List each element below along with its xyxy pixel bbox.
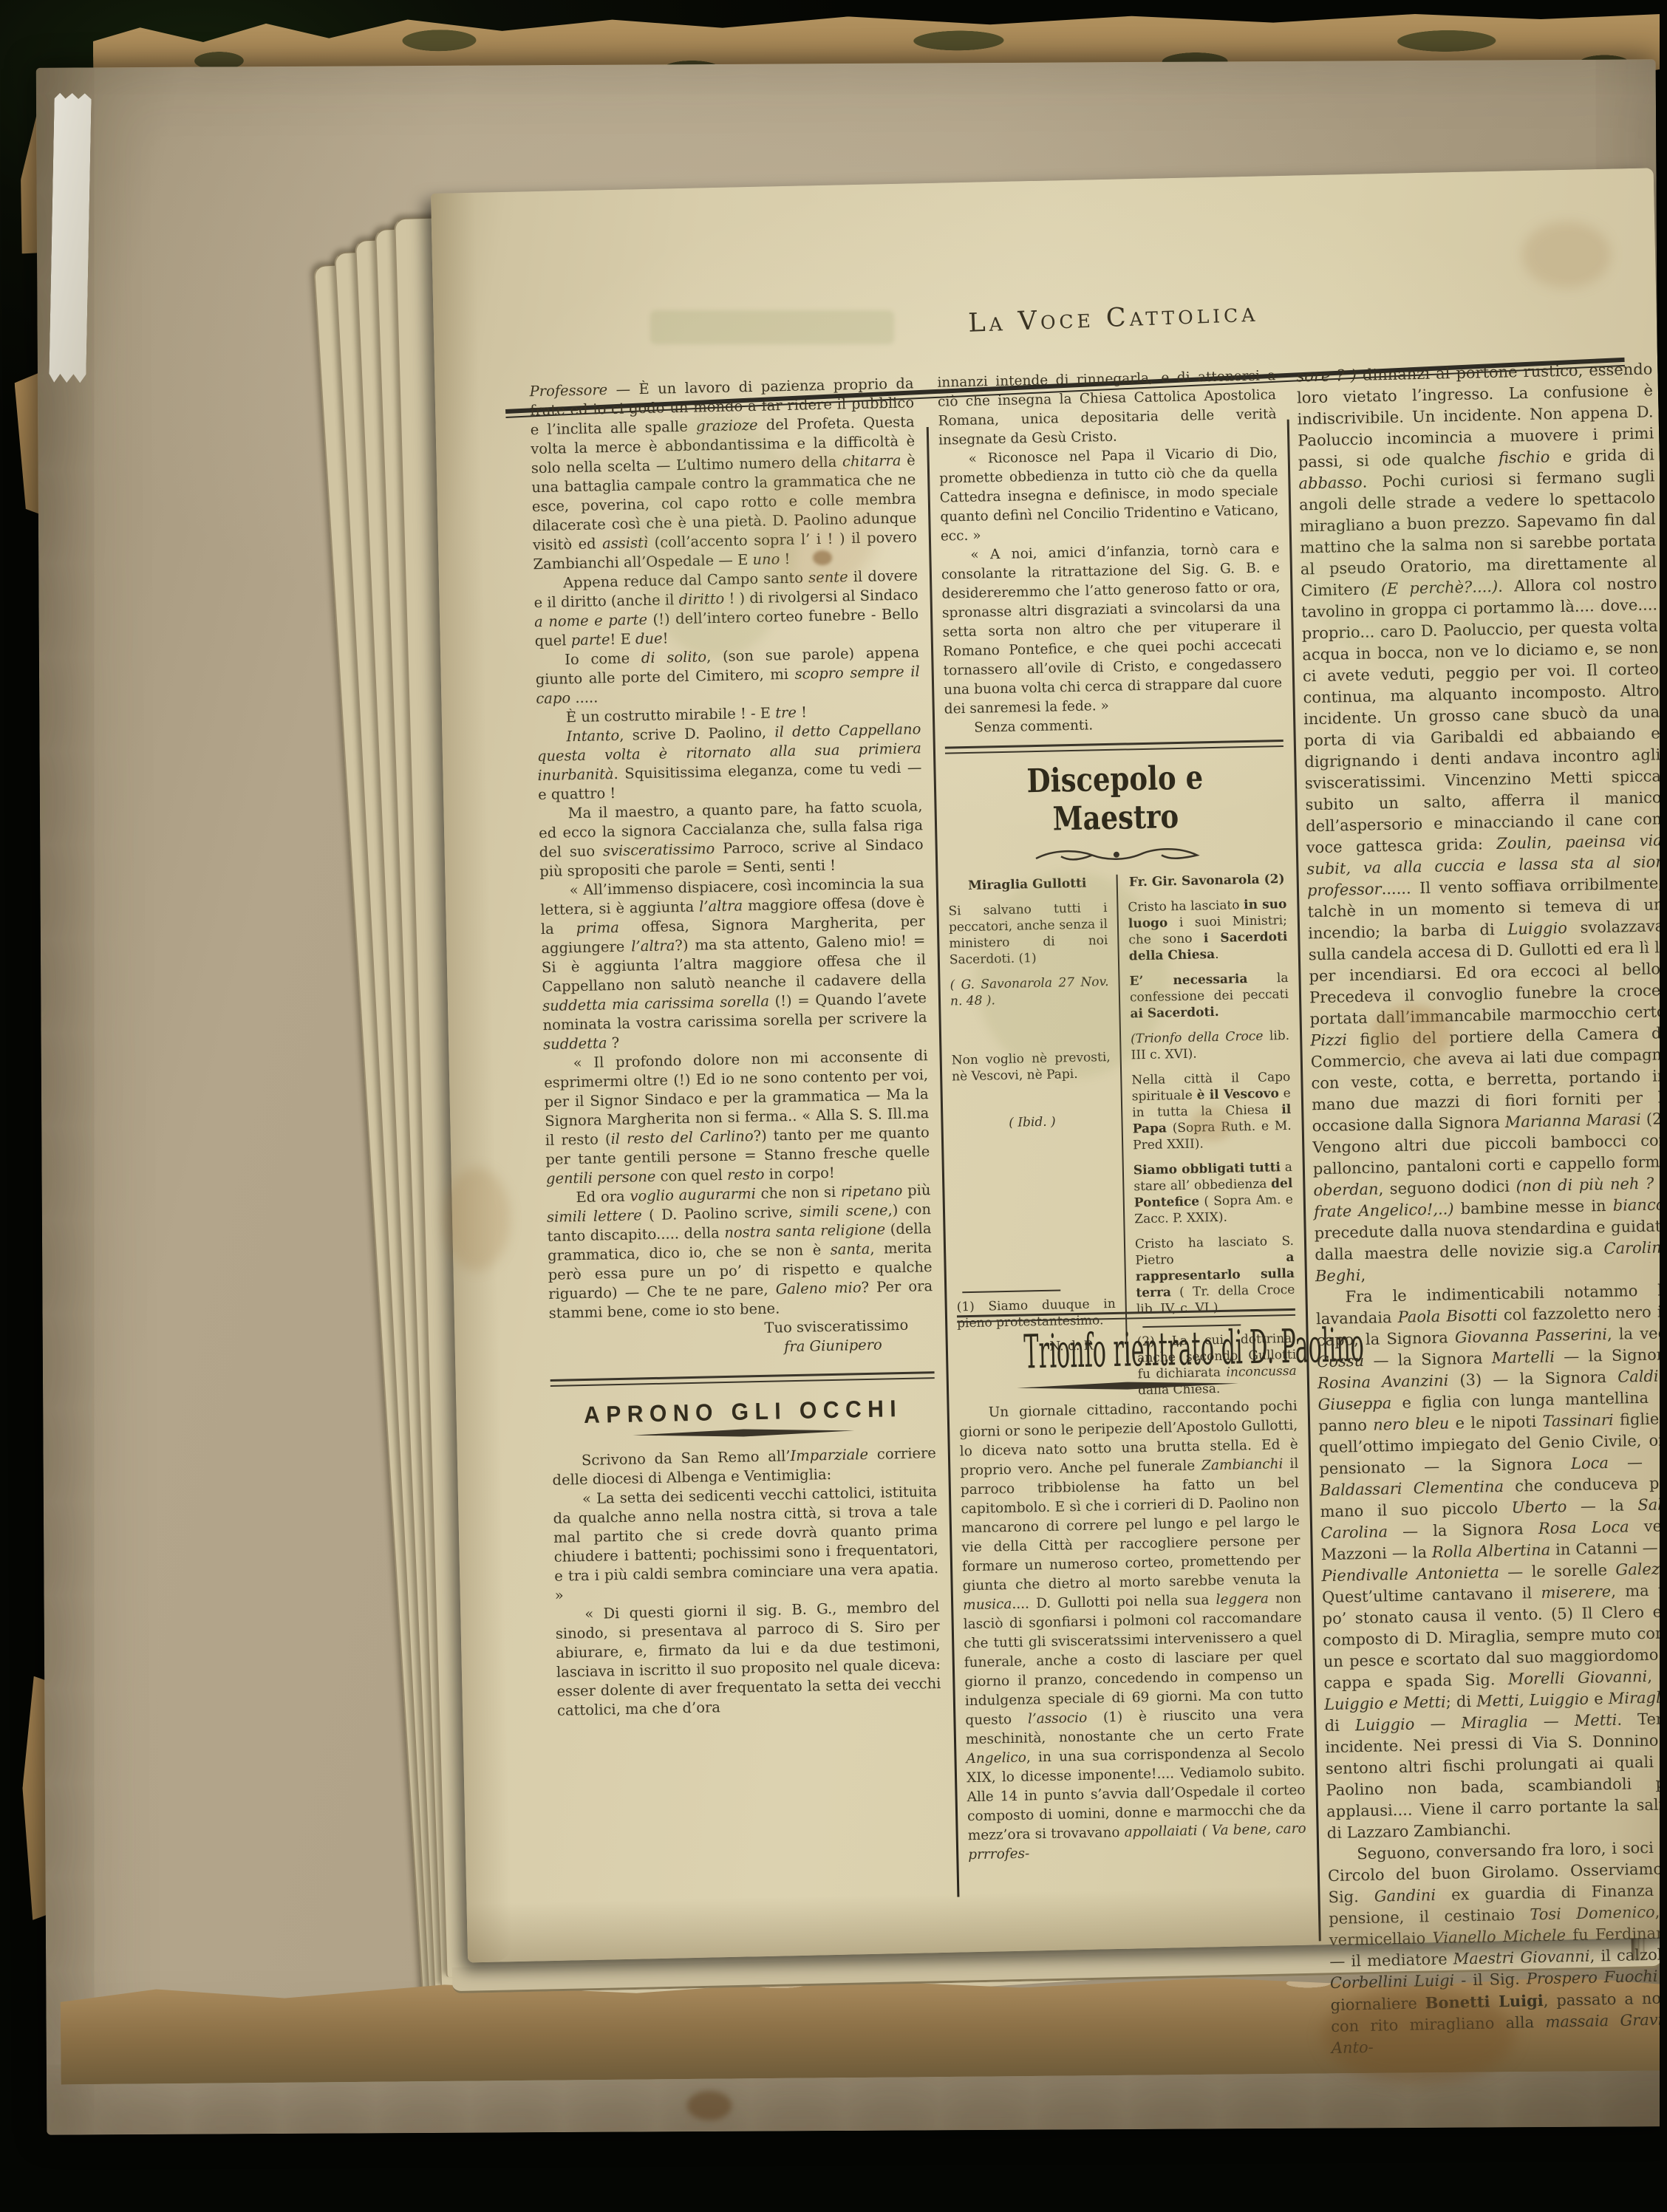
- table-cell: Non voglio nè prevosti, nè Vescovi, nè P…: [952, 1049, 1111, 1085]
- paragraph: « Di questi giorni il sig. B. G., membro…: [555, 1597, 941, 1721]
- paragraph: Ma il maestro, a quanto pare, ha fatto s…: [538, 796, 924, 881]
- table-cell: E’ necessaria la confessione dei peccati…: [1129, 970, 1289, 1022]
- section-title-aprono: APRONO GLI OCCHI: [562, 1398, 924, 1424]
- section-title-discepolo: Discepolo e Maestro: [972, 758, 1258, 841]
- paper-bookmark-strip: [49, 93, 92, 383]
- column-2: innanzi intende di rinnegarla, e di atte…: [937, 366, 1306, 1851]
- section-divider-rule: [945, 740, 1284, 754]
- table-column-savonarola: Fr. Gir. Savonarola (2) Cristo ha lascia…: [1117, 871, 1297, 1362]
- vine-flourish-ornament: [1032, 843, 1201, 866]
- table-cell: ( G. Savonarola 27 Nov. n. 48 ).: [950, 974, 1109, 1009]
- paragraph: Fra le indimenticabili notammo la lavand…: [1315, 1280, 1667, 1844]
- section-divider-rule: [550, 1371, 935, 1387]
- table-cell: Cristo ha lasciato S. Pietro a rappresen…: [1135, 1233, 1295, 1317]
- paragraph: Seguono, conversando fra loro, i soci de…: [1327, 1837, 1667, 2059]
- paragraph: Appena reduce dal Campo santo sente il d…: [533, 566, 919, 651]
- table-column-gullotti: Miraglia Gullotti Si salvano tutti i pec…: [948, 875, 1127, 1366]
- table-cell: Si salvano tutti i peccatori, anche senz…: [948, 900, 1108, 968]
- paragraph: Un giornale cittadino, raccontando pochi…: [958, 1397, 1306, 1865]
- section-discepolo-e-maestro: Discepolo e Maestro Miraglia Gullotti Si…: [945, 740, 1296, 1365]
- column-1: Professore — È un lavoro di pazienza pro…: [529, 374, 941, 1720]
- paragraph: « Riconosce nel Papa il Vicario di Dio, …: [938, 443, 1279, 547]
- newspaper-page: La Voce Cattolica Professore — È un lavo…: [431, 168, 1667, 1962]
- swell-rule-ornament: [633, 1426, 854, 1439]
- paragraph: « Il profondo dolore non mi acconsente d…: [543, 1046, 930, 1189]
- table-header: Miraglia Gullotti: [948, 875, 1107, 894]
- paragraph: « La setta dei sedicenti vecchi cattolic…: [553, 1482, 939, 1605]
- column-3: sore ? ) dinnanzi al portone rustico, es…: [1296, 358, 1667, 2059]
- masthead-title: La Voce Cattolica: [743, 290, 1483, 347]
- paragraph: Professore — È un lavoro di pazienza pro…: [529, 374, 917, 574]
- book-scan-scene: CARTONCINO VERO BRISTOL La Voce Cattolic…: [0, 0, 1667, 2212]
- table-header: Fr. Gir. Savonarola (2): [1128, 871, 1286, 890]
- paragraph: « A noi, amici d’infanzia, tornò cara e …: [941, 539, 1283, 720]
- table-cell: Cristo ha lasciato in suo luogo i suoi M…: [1128, 896, 1288, 964]
- footnote-rule: [962, 1289, 1060, 1293]
- table-cell: (Trionfo della Croce lib. III c. XVI).: [1131, 1028, 1290, 1063]
- paragraph: Ed ora voglio augurarmi che non si ripet…: [546, 1181, 933, 1323]
- paragraph: « All’immenso dispiacere, così incominci…: [540, 873, 928, 1054]
- paragraph: sore ? ) dinnanzi al portone rustico, es…: [1296, 358, 1667, 1287]
- paragraph: Intanto, scrive D. Paolino, il detto Cap…: [536, 720, 922, 805]
- section-trionfo-rientrato: Trionfo rientrato di D. Paolino Un giorn…: [957, 1308, 1306, 1865]
- paragraph: innanzi intende di rinnegarla, e di atte…: [937, 366, 1277, 451]
- section-title-trionfo: Trionfo rientrato di D. Paolino: [957, 1323, 1296, 1378]
- table-cell: Siamo obbligati tutti a stare all’ obbed…: [1134, 1159, 1294, 1227]
- paragraph: Io come di solito, (son sue parole) appe…: [535, 643, 921, 709]
- background-edge: [1660, 0, 1667, 2212]
- table-cell: Nella città il Capo spirituale è il Vesc…: [1131, 1069, 1292, 1153]
- table-cell: ( Ibid. ): [952, 1113, 1111, 1132]
- comparison-table: Miraglia Gullotti Si salvano tutti i pec…: [948, 871, 1297, 1365]
